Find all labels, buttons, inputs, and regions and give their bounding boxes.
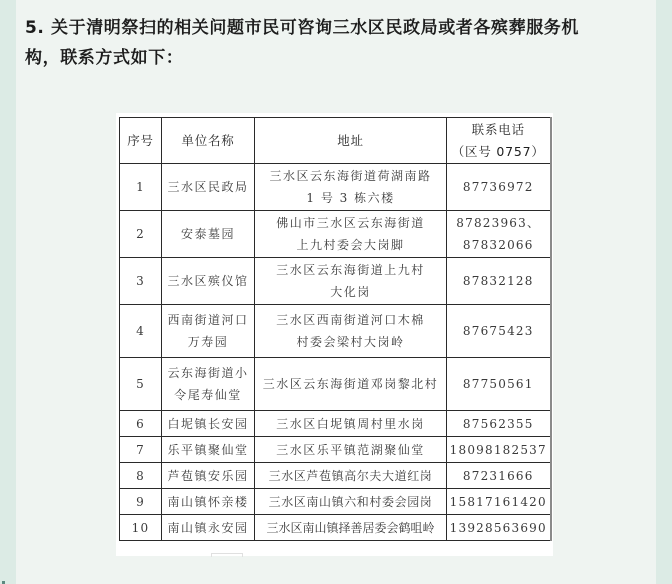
name-line: 南山镇永安园 xyxy=(164,517,252,539)
section-heading: 5. 关于清明祭扫的相关问题市民可咨询三水区民政局或者各殡葬服务机 构，联系方式… xyxy=(25,13,645,73)
address-line: 三水区乐平镇范湖聚仙堂 xyxy=(257,439,444,461)
cell-name: 南山镇永安园 xyxy=(162,515,255,541)
cell-index: 2 xyxy=(120,211,162,258)
address-line: 三水区云东海街道荷湖南路 xyxy=(257,165,444,187)
cell-index: 1 xyxy=(120,164,162,211)
address-line: 三水区芦苞镇高尔夫大道红岗 xyxy=(257,465,444,487)
phone-number: 87675423 xyxy=(449,320,548,342)
phone-number: 15817161420 xyxy=(449,491,548,513)
cell-index: 10 xyxy=(120,515,162,541)
cell-index: 4 xyxy=(120,305,162,358)
phone-number: 87832066 xyxy=(449,234,548,256)
table-row: 8 芦苞镇安乐园 三水区芦苞镇高尔夫大道红岗 87231666 xyxy=(120,463,551,489)
name-line: 白坭镇长安园 xyxy=(164,413,252,435)
table-row: 9 南山镇怀亲楼 三水区南山镇六和村委会园岗 15817161420 xyxy=(120,489,551,515)
name-line: 芦苞镇安乐园 xyxy=(164,465,252,487)
heading-line-1: 5. 关于清明祭扫的相关问题市民可咨询三水区民政局或者各殡葬服务机 xyxy=(25,13,645,43)
name-line: 乐平镇聚仙堂 xyxy=(164,439,252,461)
cell-phone: 87736972 xyxy=(447,164,551,211)
table-row: 7 乐平镇聚仙堂 三水区乐平镇范湖聚仙堂 18098182537 xyxy=(120,437,551,463)
heading-line-2: 构，联系方式如下： xyxy=(25,43,645,73)
address-line: 大化岗 xyxy=(257,281,444,303)
table-row: 1 三水区民政局 三水区云东海街道荷湖南路 1 号 3 栋六楼 87736972 xyxy=(120,164,551,211)
table-row: 6 白坭镇长安园 三水区白坭镇周村里水岗 87562355 xyxy=(120,411,551,437)
table-row: 5 云东海街道小 令尾寿仙堂 三水区云东海街道邓岗黎北村 87750561 xyxy=(120,358,551,411)
cell-phone: 18098182537 xyxy=(447,437,551,463)
cell-phone: 87750561 xyxy=(447,358,551,411)
table-header-row: 序号 单位名称 地址 联系电话 （区号 0757） xyxy=(120,118,551,164)
cell-name: 安泰墓园 xyxy=(162,211,255,258)
name-line: 三水区殡仪馆 xyxy=(164,270,252,292)
cell-address: 三水区乐平镇范湖聚仙堂 xyxy=(255,437,447,463)
table-row: 2 安泰墓园 佛山市三水区云东海街道 上九村委会大岗脚 87823963、 87… xyxy=(120,211,551,258)
name-line: 安泰墓园 xyxy=(164,223,252,245)
cell-name: 西南街道河口 万寿园 xyxy=(162,305,255,358)
table-row: 10 南山镇永安园 三水区南山镇择善居委会鹤咀岭 13928563690 xyxy=(120,515,551,541)
address-line: 三水区云东海街道上九村 xyxy=(257,259,444,281)
cell-index: 7 xyxy=(120,437,162,463)
table-row: 3 三水区殡仪馆 三水区云东海街道上九村 大化岗 87832128 xyxy=(120,258,551,305)
cell-phone: 87823963、 87832066 xyxy=(447,211,551,258)
cell-phone: 87231666 xyxy=(447,463,551,489)
cell-phone: 87832128 xyxy=(447,258,551,305)
cell-index: 3 xyxy=(120,258,162,305)
address-line: 三水区西南街道河口木棉 xyxy=(257,309,444,331)
cell-name: 乐平镇聚仙堂 xyxy=(162,437,255,463)
address-line: 佛山市三水区云东海街道 xyxy=(257,212,444,234)
cell-address: 三水区白坭镇周村里水岗 xyxy=(255,411,447,437)
contact-table: 序号 单位名称 地址 联系电话 （区号 0757） 1 三水区民政局 三水区云东… xyxy=(119,117,552,541)
address-line: 三水区南山镇六和村委会园岗 xyxy=(257,491,444,513)
cell-address: 三水区云东海街道荷湖南路 1 号 3 栋六楼 xyxy=(255,164,447,211)
phone-number: 87231666 xyxy=(449,465,548,487)
cell-address: 三水区南山镇择善居委会鹤咀岭 xyxy=(255,515,447,541)
cell-address: 三水区云东海街道上九村 大化岗 xyxy=(255,258,447,305)
cell-phone: 87562355 xyxy=(447,411,551,437)
header-phone-areacode: （区号 0757） xyxy=(449,141,548,163)
header-phone: 联系电话 （区号 0757） xyxy=(447,118,551,164)
name-line: 西南街道河口 xyxy=(164,309,252,331)
cell-address: 三水区云东海街道邓岗黎北村 xyxy=(255,358,447,411)
phone-number: 87562355 xyxy=(449,413,548,435)
phone-number: 87750561 xyxy=(449,373,548,395)
name-line: 万寿园 xyxy=(164,331,252,353)
cell-index: 9 xyxy=(120,489,162,515)
cell-index: 8 xyxy=(120,463,162,489)
address-line: 上九村委会大岗脚 xyxy=(257,234,444,256)
address-line: 三水区南山镇择善居委会鹤咀岭 xyxy=(257,517,444,539)
cell-phone: 87675423 xyxy=(447,305,551,358)
phone-number: 18098182537 xyxy=(449,439,548,461)
cell-index: 5 xyxy=(120,358,162,411)
name-line: 三水区民政局 xyxy=(164,176,252,198)
phone-number: 87832128 xyxy=(449,270,548,292)
address-line: 1 号 3 栋六楼 xyxy=(257,187,444,209)
cell-name: 白坭镇长安园 xyxy=(162,411,255,437)
scan-artifact xyxy=(211,553,243,557)
header-phone-label: 联系电话 xyxy=(449,119,548,141)
cell-name: 三水区民政局 xyxy=(162,164,255,211)
phone-number: 87823963、 xyxy=(449,212,548,234)
cell-name: 芦苞镇安乐园 xyxy=(162,463,255,489)
name-line: 南山镇怀亲楼 xyxy=(164,491,252,513)
contact-table-container: 序号 单位名称 地址 联系电话 （区号 0757） 1 三水区民政局 三水区云东… xyxy=(116,113,553,556)
cell-address: 佛山市三水区云东海街道 上九村委会大岗脚 xyxy=(255,211,447,258)
phone-number: 87736972 xyxy=(449,176,548,198)
address-line: 三水区白坭镇周村里水岗 xyxy=(257,413,444,435)
header-address: 地址 xyxy=(255,118,447,164)
name-line: 令尾寿仙堂 xyxy=(164,384,252,406)
table-row: 4 西南街道河口 万寿园 三水区西南街道河口木棉 村委会梁村大岗岭 876754… xyxy=(120,305,551,358)
cell-address: 三水区芦苞镇高尔夫大道红岗 xyxy=(255,463,447,489)
cell-phone: 15817161420 xyxy=(447,489,551,515)
cell-address: 三水区西南街道河口木棉 村委会梁村大岗岭 xyxy=(255,305,447,358)
header-index: 序号 xyxy=(120,118,162,164)
header-name: 单位名称 xyxy=(162,118,255,164)
cell-phone: 13928563690 xyxy=(447,515,551,541)
phone-number: 13928563690 xyxy=(449,517,548,539)
cell-index: 6 xyxy=(120,411,162,437)
address-line: 村委会梁村大岗岭 xyxy=(257,331,444,353)
address-line: 三水区云东海街道邓岗黎北村 xyxy=(257,373,444,395)
cell-name: 南山镇怀亲楼 xyxy=(162,489,255,515)
cell-address: 三水区南山镇六和村委会园岗 xyxy=(255,489,447,515)
cell-name: 三水区殡仪馆 xyxy=(162,258,255,305)
cell-name: 云东海街道小 令尾寿仙堂 xyxy=(162,358,255,411)
name-line: 云东海街道小 xyxy=(164,362,252,384)
